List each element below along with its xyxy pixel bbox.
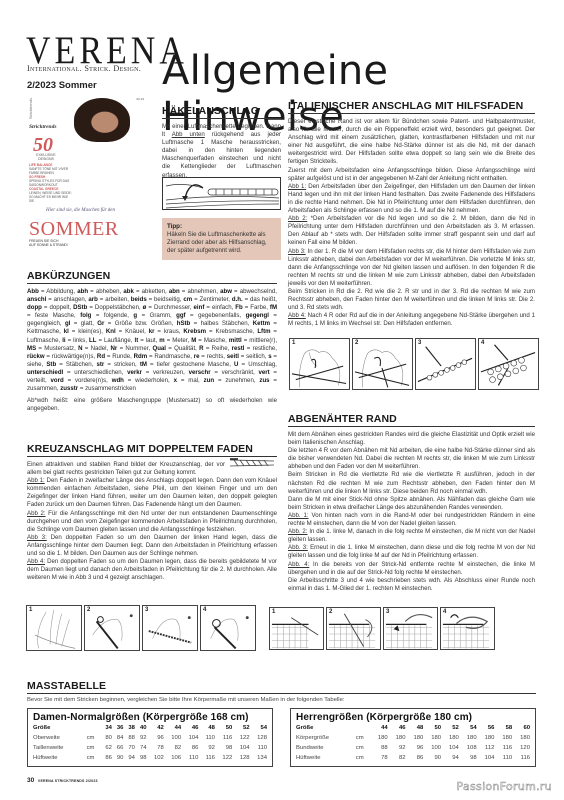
table-row: Hüftweitecm86909498102106110116122128134: [33, 753, 267, 763]
abbreviation-meaning: = Durchmesser,: [146, 304, 193, 311]
abbreviation-meaning: = gegebenenfalls,: [186, 312, 246, 319]
abbreviation-term: anschl: [27, 296, 46, 303]
abbreviation-meaning: = Reihe,: [204, 345, 232, 352]
abbreviation-meaning: = feste Masche,: [27, 312, 80, 319]
figure-needle-step: 4: [478, 338, 539, 390]
abbreviation-term: tM: [140, 361, 147, 368]
magazine-cover-thumbnail: Stricktrends 02 23 Stricktrends 50 EXKLU…: [26, 96, 146, 254]
abbreviation-list: Abb = Abbildung, abh = abheben, abk = ab…: [27, 288, 277, 393]
figure-knit-fabric-step: 2: [326, 607, 381, 650]
abbreviation-term: arb: [88, 296, 97, 303]
abbreviation-term: Krebsm: [183, 328, 206, 335]
abbreviation-term: abn: [169, 288, 180, 295]
figure-knit-fabric-step: 1: [269, 607, 324, 650]
size-table: Größe444648505254565860Körpergrößecm1801…: [296, 723, 530, 763]
crochet-chain-illustration: [162, 177, 281, 210]
abbreviation-meaning: = tiefer gestochene Masche,: [147, 361, 234, 368]
figure-hand-step: 1: [289, 338, 350, 390]
abbreviation-meaning: = wiederholen,: [124, 377, 174, 384]
section-abgenaehter-rand: ABGENÄHTER RAND Mit dem Abnähen eines ge…: [288, 413, 535, 593]
page-number: 30: [27, 777, 34, 784]
abbreviation-meaning: = einfach,: [204, 304, 235, 311]
section-text: Mit einer Luftmaschenkette beginnen. Dan…: [162, 123, 281, 180]
abbreviation-meaning: = Lauflänge,: [96, 337, 134, 344]
abbreviation-meaning: = Nummer,: [117, 345, 152, 352]
abbreviation-term: Abb: [27, 288, 39, 295]
section-title: MASSTABELLE: [27, 680, 536, 694]
abbreviation-meaning: = Gramm,: [137, 312, 176, 319]
size-table-men: Herrengrößen (Körpergröße 180 cm) Größe4…: [290, 708, 536, 767]
abbreviation-meaning: = beidseitig,: [147, 296, 184, 303]
section-italienischer-anschlag: ITALIENISCHER ANSCHLAG MIT HILFSFADEN Di…: [288, 100, 535, 328]
size-table-women: Damen-Normalgrößen (Körpergröße 168 cm) …: [27, 708, 273, 767]
section-abkuerzungen: ABKÜRZUNGEN Abb = Abbildung, abh = abheb…: [27, 270, 277, 413]
abbreviation-meaning: = arbeiten,: [98, 296, 131, 303]
abbreviation-term: abh: [77, 288, 88, 295]
figure-knit-fabric-step: 3: [383, 607, 438, 650]
figure-hand-step: 1: [26, 605, 82, 651]
abbreviation-meaning: = Umschlag,: [238, 361, 277, 368]
section-title: ABKÜRZUNGEN: [27, 270, 277, 284]
table-row: Oberweitecm8084889296100104110116122128: [33, 733, 267, 743]
figure-needle-step: 3: [415, 338, 476, 390]
abbreviation-meaning: = vordere(n)s,: [64, 377, 112, 384]
section-title: ITALIENISCHER ANSCHLAG MIT HILFSFADEN: [288, 100, 535, 114]
table-title: Herrengrößen (Körpergröße 180 cm): [296, 712, 530, 723]
abbreviation-meaning: = rechts,: [200, 353, 227, 360]
cover-vertical-text: [139, 126, 142, 226]
abbreviation-term: abk: [123, 288, 134, 295]
section-text: Dieser elastische Rand ist vor allem für…: [288, 118, 535, 328]
brand-tagline: International. Strick. Design.: [27, 64, 141, 73]
abbreviation-term: Rdm: [134, 353, 148, 360]
abbreviation-term: abw: [220, 288, 232, 295]
abbreviation-meaning: = Abbildung,: [39, 288, 77, 295]
sewn-bind-off-figures: 1 2 3 4: [269, 607, 495, 650]
abbreviation-meaning: = Qualität,: [166, 345, 199, 352]
tip-text: Häkeln Sie die Luftmaschenkette als Zier…: [167, 231, 276, 255]
abbreviation-meaning: = klein(es),: [69, 328, 106, 335]
abbreviation-meaning: = seitlich,: [239, 353, 268, 360]
cover-headline: SO FRESHSPRING STYLES FÜR DAS SAISONWORK…: [29, 176, 74, 188]
cover-photo: [74, 98, 130, 142]
abbreviation-term: zusstr: [60, 385, 78, 392]
figure-knit-fabric-step: 4: [440, 607, 495, 650]
abbreviation-term: ggf: [176, 312, 185, 319]
abbreviation-term: zus: [259, 377, 269, 384]
abbreviation-meaning: = Meter,: [165, 337, 191, 344]
abbreviation-term: Qual: [152, 345, 166, 352]
abbreviation-meaning: = Nadel,: [82, 345, 110, 352]
cover-sommer-title: SOMMER: [29, 218, 119, 241]
abbreviation-meaning: = Zentimeter,: [192, 296, 232, 303]
abbreviation-term: gegengl: [246, 312, 269, 319]
abbreviation-term: zun: [204, 377, 215, 384]
abbreviation-meaning: = Randmasche,: [147, 353, 194, 360]
abbreviation-meaning: = Farbe,: [243, 304, 270, 311]
abbreviation-term: mittl: [229, 337, 242, 344]
abbreviation-meaning: = zusammenstricken: [78, 385, 136, 392]
cast-on-edge-illustration: [228, 456, 276, 470]
abbreviation-meaning: = Runde,: [105, 353, 134, 360]
table-row: Hüftweitecm788286909498104110116: [296, 753, 530, 763]
table-row: Taillenweitecm626670747882869298104110: [33, 743, 267, 753]
abbreviation-meaning: = glatt,: [70, 320, 97, 327]
tip-title: Tipp:: [167, 223, 276, 230]
table-row: Körpergrößecm180180180180180180180180180: [296, 733, 530, 743]
cross-cast-on-figures: 1 2 3 4: [26, 605, 256, 651]
abbreviation-term: Stb: [46, 361, 56, 368]
abbreviation-term: verkr: [127, 369, 142, 376]
abbreviation-term: Rd: [97, 353, 105, 360]
figure-hand-step: 4: [200, 605, 256, 651]
abbreviation-term: verschr: [189, 369, 211, 376]
section-haekelanschlag: HÄKELANSCHLAG Mit einer Luftmaschenkette…: [162, 105, 281, 180]
section-text: Mit dem Abnähen eines gestrickten Randes…: [288, 431, 535, 593]
abbreviation-meaning: = kraus,: [154, 328, 183, 335]
abbreviation-meaning: = anschlagen,: [46, 296, 88, 303]
abbreviation-meaning: = abwechselnd,: [232, 288, 277, 295]
abbreviation-meaning: = unterschiedlichen,: [63, 369, 127, 376]
abbreviation-meaning: = abnehmen,: [180, 288, 220, 295]
abbreviation-meaning: = mittlere(r),: [242, 337, 277, 344]
abbreviation-term: Lftm: [257, 328, 270, 335]
abbreviation-meaning: = abketten,: [134, 288, 169, 295]
abbreviation-meaning: = Doppelstäbchen,: [87, 304, 142, 311]
abbreviation-term: einf: [194, 304, 205, 311]
cover-brand: Stricktrends: [29, 124, 57, 130]
abbreviation-meaning: = verschränkt,: [211, 369, 259, 376]
abbreviation-term: Knl: [106, 328, 116, 335]
abbreviation-meaning: = laut,: [138, 337, 159, 344]
abbreviation-term: Kettm: [253, 320, 270, 327]
abbreviation-term: beids: [131, 296, 147, 303]
figure-hand-step: 3: [142, 605, 198, 651]
abbreviation-meaning: = Stäbchen,: [56, 361, 96, 368]
table-title: Damen-Normalgrößen (Körpergröße 168 cm): [33, 712, 267, 723]
figure-hand-step: 2: [84, 605, 140, 651]
cover-issue-code: 02 23: [136, 98, 144, 101]
abbreviation-term: wdh: [112, 377, 124, 384]
abbreviation-meaning: = Krebsmasche,: [206, 328, 257, 335]
abbreviation-meaning: = verkreuzen,: [142, 369, 189, 376]
abbreviation-meaning: = mal,: [177, 377, 204, 384]
abbreviation-meaning: = Knäuel,: [116, 328, 149, 335]
abbreviation-meaning: = doppelt,: [42, 304, 73, 311]
abbreviation-term: cm: [183, 296, 192, 303]
abbreviation-term: Fb: [235, 304, 242, 311]
abbreviation-term: fM: [270, 304, 277, 311]
section-intro: Bevor Sie mit dem Stricken beginnen, ver…: [27, 697, 536, 703]
abbreviation-meaning: = links,: [66, 337, 89, 344]
abbreviation-meaning: = Masche,: [196, 337, 229, 344]
cover-exclusive: EXKLUSIVE DESIGNS: [34, 154, 58, 162]
cover-headline: COASTAL GREECELEINEN, WEISE UND SEIDE: S…: [29, 188, 74, 203]
figure-hand-step: 2: [352, 338, 413, 390]
section-text: Einen attraktiven und stabilen Rand bild…: [27, 461, 277, 582]
abbreviation-term: MS: [27, 345, 36, 352]
section-title: HÄKELANSCHLAG: [162, 105, 281, 119]
abbreviation-term: vord: [51, 377, 64, 384]
size-table: Größe3436384042444648505254Oberweitecm80…: [33, 723, 267, 763]
abbreviation-meaning: = das heißt,: [243, 296, 277, 303]
table-header-row: Größe444648505254565860: [296, 723, 530, 733]
abbreviation-term: rückw: [27, 353, 45, 360]
abbreviation-term: d.h.: [232, 296, 243, 303]
table-row: Bundweitecm889296100104108112116120: [296, 743, 530, 753]
abbreviation-term: folg: [80, 312, 91, 319]
table-header-row: Größe3436384042444648505254: [33, 723, 267, 733]
abbreviation-meaning: = halbes Stäbchen,: [190, 320, 253, 327]
abbreviation-term: seitl: [227, 353, 239, 360]
abbreviation-meaning: = Größe bzw. Größen,: [104, 320, 176, 327]
issue-label: 2/2023 Sommer: [27, 80, 97, 91]
cover-side-label: Stricktrends: [28, 98, 33, 119]
section-masstabelle: MASSTABELLE Bevor Sie mit dem Stricken b…: [27, 680, 536, 703]
abbreviation-term: vert: [259, 369, 270, 376]
abbreviation-meaning: = folgende,: [91, 312, 133, 319]
cover-headline: LIFE BALANCESANFTE TÖNE MIT VIVER FARBE …: [29, 164, 74, 176]
cover-subline: FREUEN SIE SICHAUF SONNE & STRAND!: [29, 239, 68, 248]
cover-script-line: Hier sind sie, die Maschen für den: [46, 208, 115, 213]
page-footer: 30 VERENA STRICKTRENDS 2/2023: [27, 777, 98, 784]
abbreviation-note: Ab*wdh heißt: eine größere Maschengruppe…: [27, 397, 277, 413]
section-title: ABGENÄHTER RAND: [288, 413, 535, 427]
abbreviation-meaning: = abheben,: [88, 288, 123, 295]
abbreviation-term: dopp: [27, 304, 42, 311]
watermark: PassionForum.ru: [457, 780, 552, 793]
abbreviation-meaning: = Mustersatz,: [36, 345, 78, 352]
abbreviation-meaning: = restliche,: [244, 345, 277, 352]
abbreviation-term: restl: [232, 345, 245, 352]
abbreviation-term: unterschiedl: [27, 369, 63, 376]
abbreviation-term: hStb: [177, 320, 191, 327]
abbreviation-meaning: = stricken,: [104, 361, 140, 368]
abbreviation-meaning: = zunehmen,: [214, 377, 259, 384]
italian-cast-on-figures: 1 2 3 4: [289, 338, 539, 390]
abbreviation-term: DStb: [73, 304, 87, 311]
tip-box: Tipp: Häkeln Sie die Luftmaschenkette al…: [162, 218, 281, 260]
abbreviation-meaning: = rückwärtige(n)s,: [45, 353, 97, 360]
section-title: KREUZANSCHLAG MIT DOPPELTEM FADEN: [27, 443, 277, 457]
publication-name: VERENA STRICKTRENDS 2/2023: [38, 779, 98, 783]
